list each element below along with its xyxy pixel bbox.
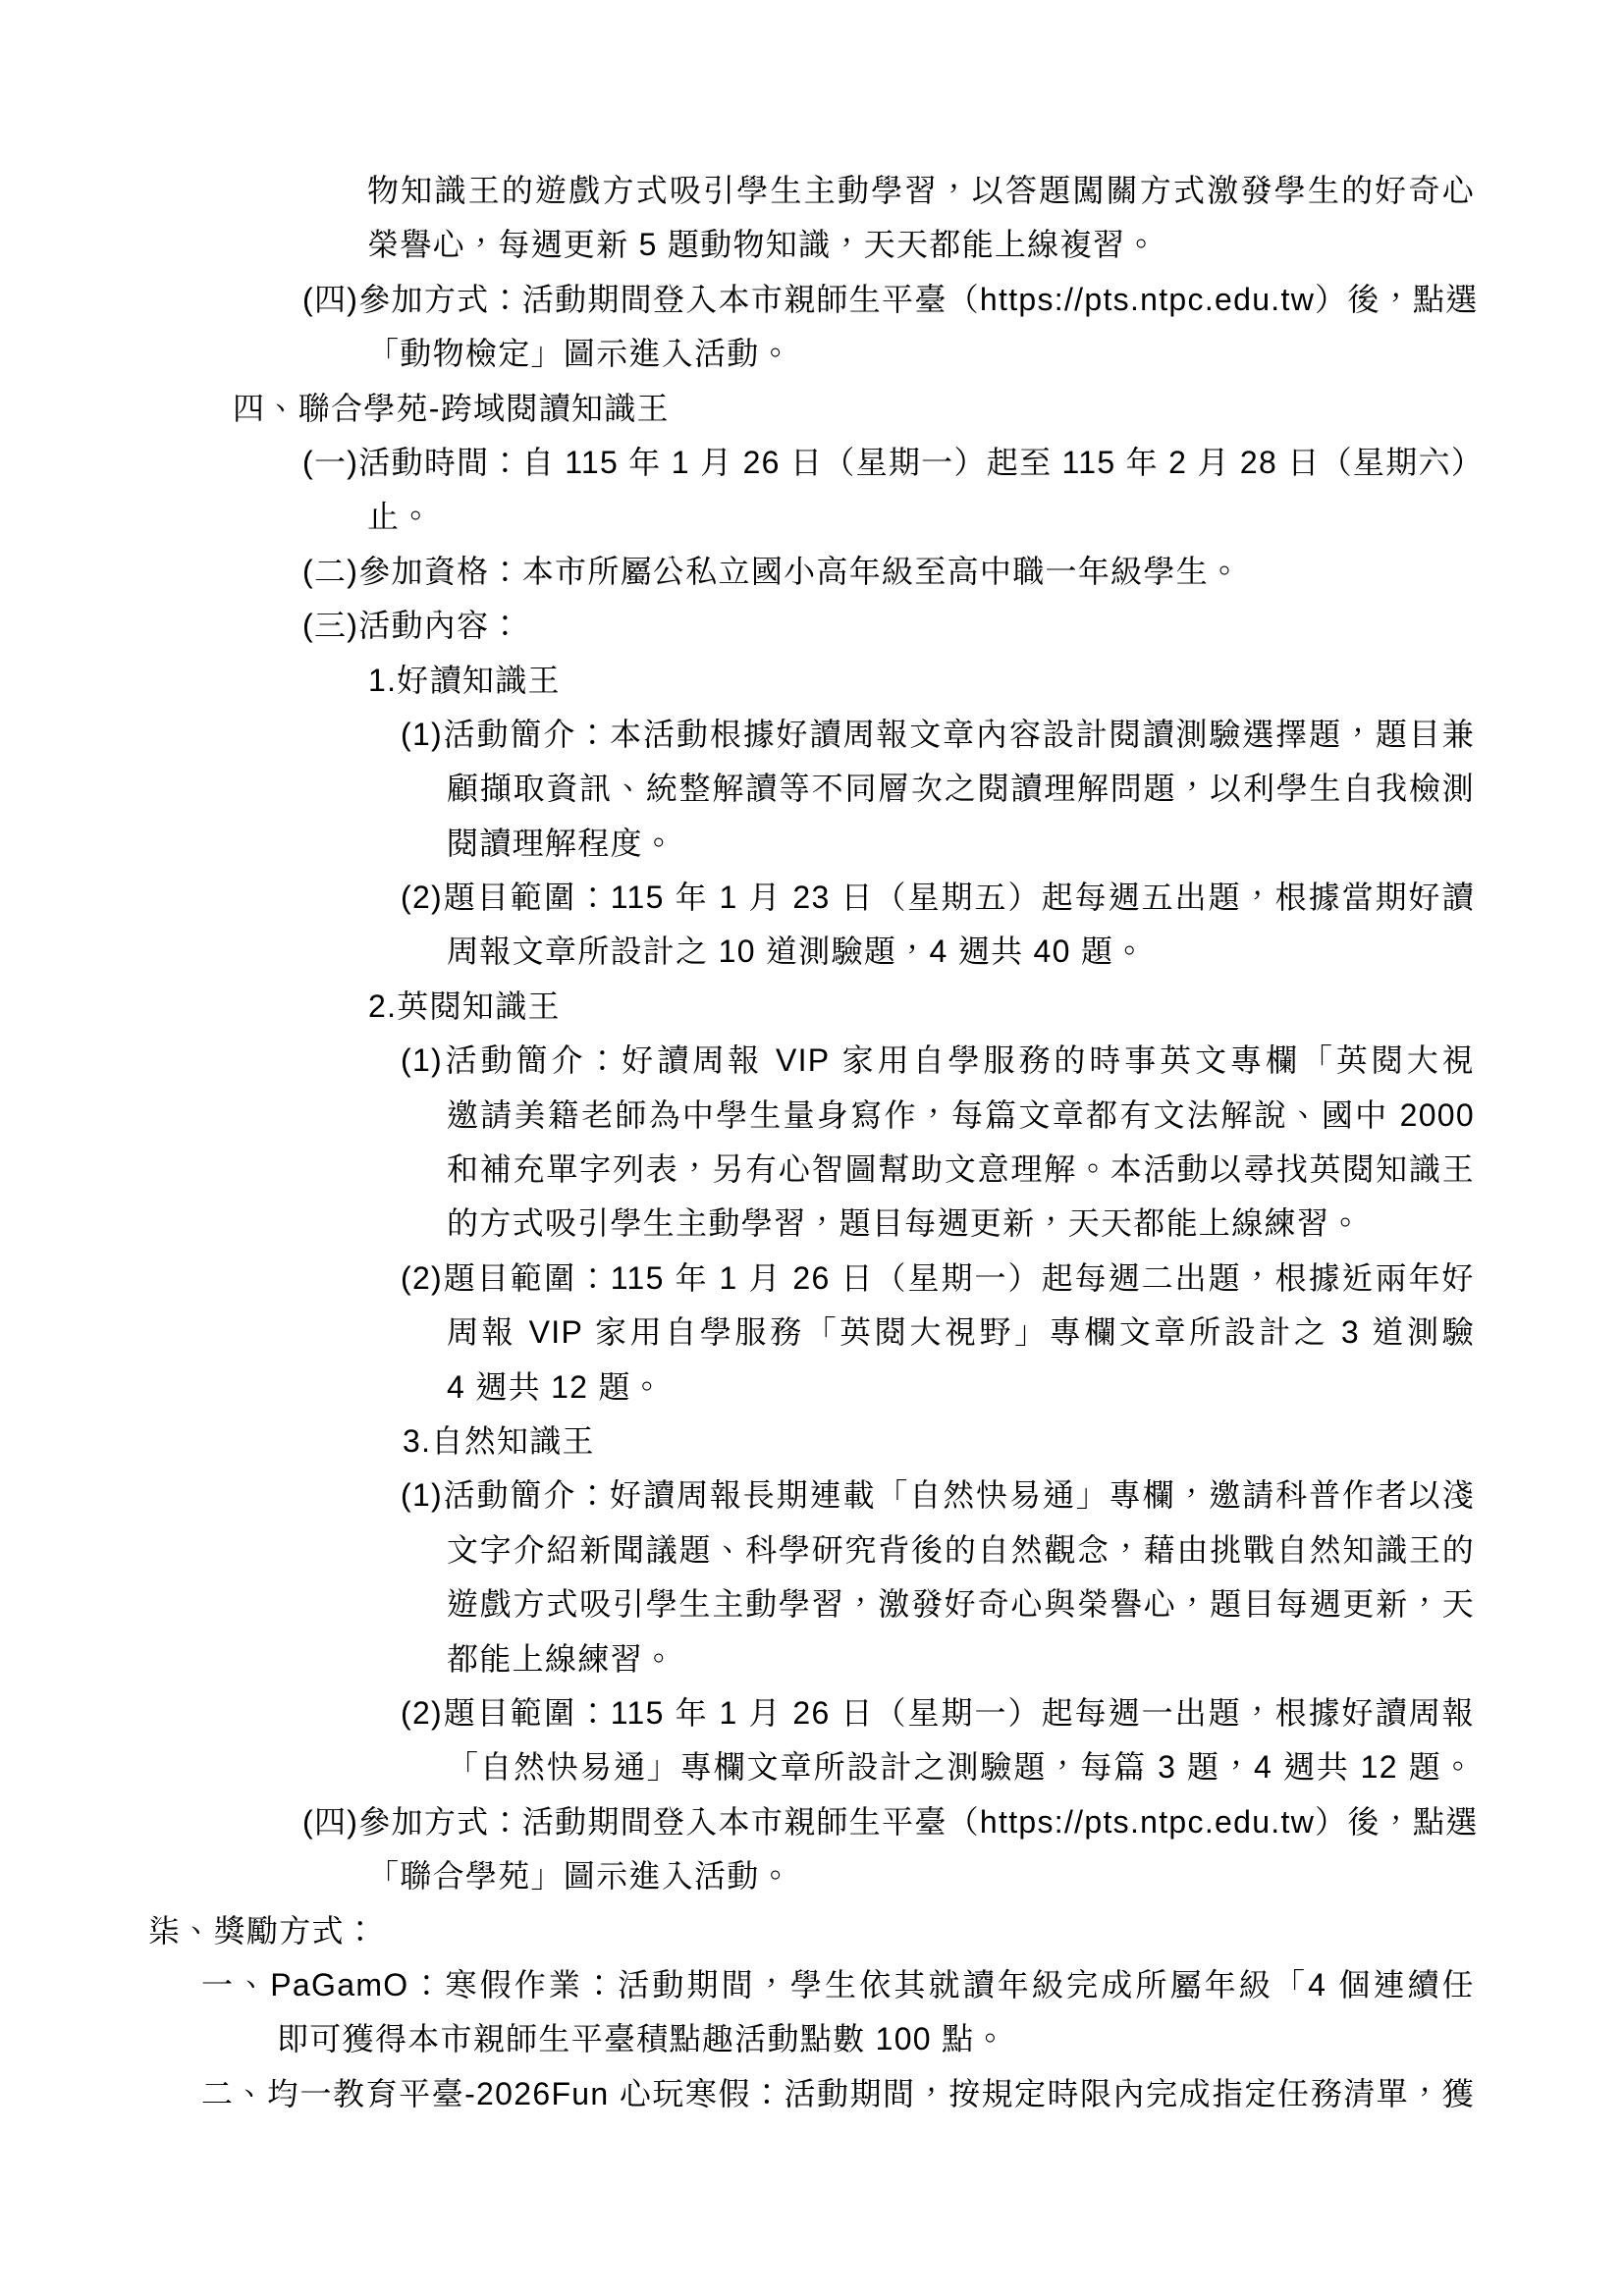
subitem-2-heading: 2.英閱知識王: [368, 980, 1479, 1034]
doc-line: 「動物檢定」圖示進入活動。: [367, 327, 1479, 381]
doc-line-text: ）後，點選: [1315, 282, 1479, 317]
doc-line: (1)活動簡介：本活動根據好讀周報文章內容設計閱讀測驗選擇題，題目兼: [401, 708, 1475, 762]
doc-line: (二)參加資格：本市所屬公私立國小高年級至高中職一年級學生。: [302, 545, 1479, 599]
doc-line: (1)活動簡介：好讀周報 VIP 家用自學服務的時事英文專欄「英閱大視野」，: [401, 1034, 1475, 1088]
doc-line: (一)活動時間：自 115 年 1 月 26 日（星期一）起至 115 年 2 …: [302, 436, 1475, 490]
doc-line: 「聯合學苑」圖示進入活動。: [367, 1849, 1479, 1903]
doc-line: 止。: [367, 490, 1479, 544]
pts-url[interactable]: https://pts.ntpc.edu.tw: [980, 282, 1315, 317]
doc-line-text: (四)參加方式：活動期間登入本市親師生平臺（: [302, 282, 980, 317]
doc-line-text: (四)參加方式：活動期間登入本市親師生平臺（: [302, 1804, 980, 1840]
doc-line: (2)題目範圍：115 年 1 月 26 日（星期一）起每週一出題，根據好讀周報: [401, 1686, 1475, 1740]
doc-line: 榮譽心，每週更新 5 題動物知識，天天都能上線複習。: [367, 218, 1479, 272]
doc-line: 顧擷取資訊、統整解讀等不同層次之閱讀理解問題，以利學生自我檢測: [447, 762, 1475, 816]
doc-line: 周報 VIP 家用自學服務「英閱大視野」專欄文章所設計之 3 道測驗題，: [447, 1306, 1475, 1360]
document-page: 物知識王的遊戲方式吸引學生主動學習，以答題闖關方式激發學生的好奇心與 榮譽心，每…: [0, 0, 1624, 2296]
doc-line: 「自然快易通」專欄文章所設計之測驗題，每篇 3 題，4 週共 12 題。: [447, 1740, 1475, 1794]
doc-line: 文字介紹新聞議題、科學研究背後的自然觀念，藉由挑戰自然知識王的: [447, 1523, 1475, 1577]
doc-line: (2)題目範圍：115 年 1 月 26 日（星期一）起每週二出題，根據近兩年好…: [401, 1252, 1475, 1306]
subitem-3-heading: 3.自然知識王: [403, 1415, 1479, 1468]
doc-line: 和補充單字列表，另有心智圖幫助文意理解。本活動以尋找英閱知識王: [447, 1143, 1475, 1197]
doc-line: 的方式吸引學生主動學習，題目每週更新，天天都能上線練習。: [447, 1197, 1479, 1251]
doc-line: (四)參加方式：活動期間登入本市親師生平臺（https://pts.ntpc.e…: [302, 273, 1479, 327]
doc-line: (2)題目範圍：115 年 1 月 23 日（星期五）起每週五出題，根據當期好讀: [401, 871, 1475, 925]
doc-line: 即可獲得本市親師生平臺積點趣活動點數 100 點。: [277, 2012, 1479, 2066]
doc-line: 邀請美籍老師為中學生量身寫作，每篇文章都有文法解說、國中 2000 字: [447, 1089, 1475, 1143]
doc-line: 周報文章所設計之 10 道測驗題，4 週共 40 題。: [447, 925, 1479, 979]
doc-line: (1)活動簡介：好讀周報長期連載「自然快易通」專欄，邀請科普作者以淺顯: [401, 1468, 1475, 1522]
subitem-1-heading: 1.好讀知識王: [368, 654, 1479, 708]
document-text-block: 物知識王的遊戲方式吸引學生主動學習，以答題闖關方式激發學生的好奇心與 榮譽心，每…: [0, 164, 1479, 2121]
doc-line: 物知識王的遊戲方式吸引學生主動學習，以答題闖關方式激發學生的好奇心與: [367, 164, 1475, 218]
section-7-heading: 柒、獎勵方式：: [148, 1904, 1479, 1958]
doc-line: 4 週共 12 題。: [447, 1361, 1479, 1415]
doc-line-text: ）後，點選: [1315, 1804, 1479, 1840]
doc-line: (三)活動內容：: [302, 599, 1479, 653]
doc-line: (四)參加方式：活動期間登入本市親師生平臺（https://pts.ntpc.e…: [302, 1795, 1479, 1849]
doc-line: 閱讀理解程度。: [447, 817, 1479, 871]
item-4-heading: 四、聯合學苑-跨域閱讀知識王: [233, 382, 1479, 436]
reward-item-2: 二、均一教育平臺-2026Fun 心玩寒假：活動期間，按規定時限內完成指定任務清…: [201, 2067, 1475, 2121]
reward-item-1: 一、PaGamO：寒假作業：活動期間，學生依其就讀年級完成所屬年級「4 個連續任…: [201, 1958, 1475, 2012]
pts-url[interactable]: https://pts.ntpc.edu.tw: [980, 1804, 1315, 1840]
doc-line: 遊戲方式吸引學生主動學習，激發好奇心與榮譽心，題目每週更新，天天: [447, 1577, 1475, 1631]
doc-line: 都能上線練習。: [447, 1632, 1479, 1686]
